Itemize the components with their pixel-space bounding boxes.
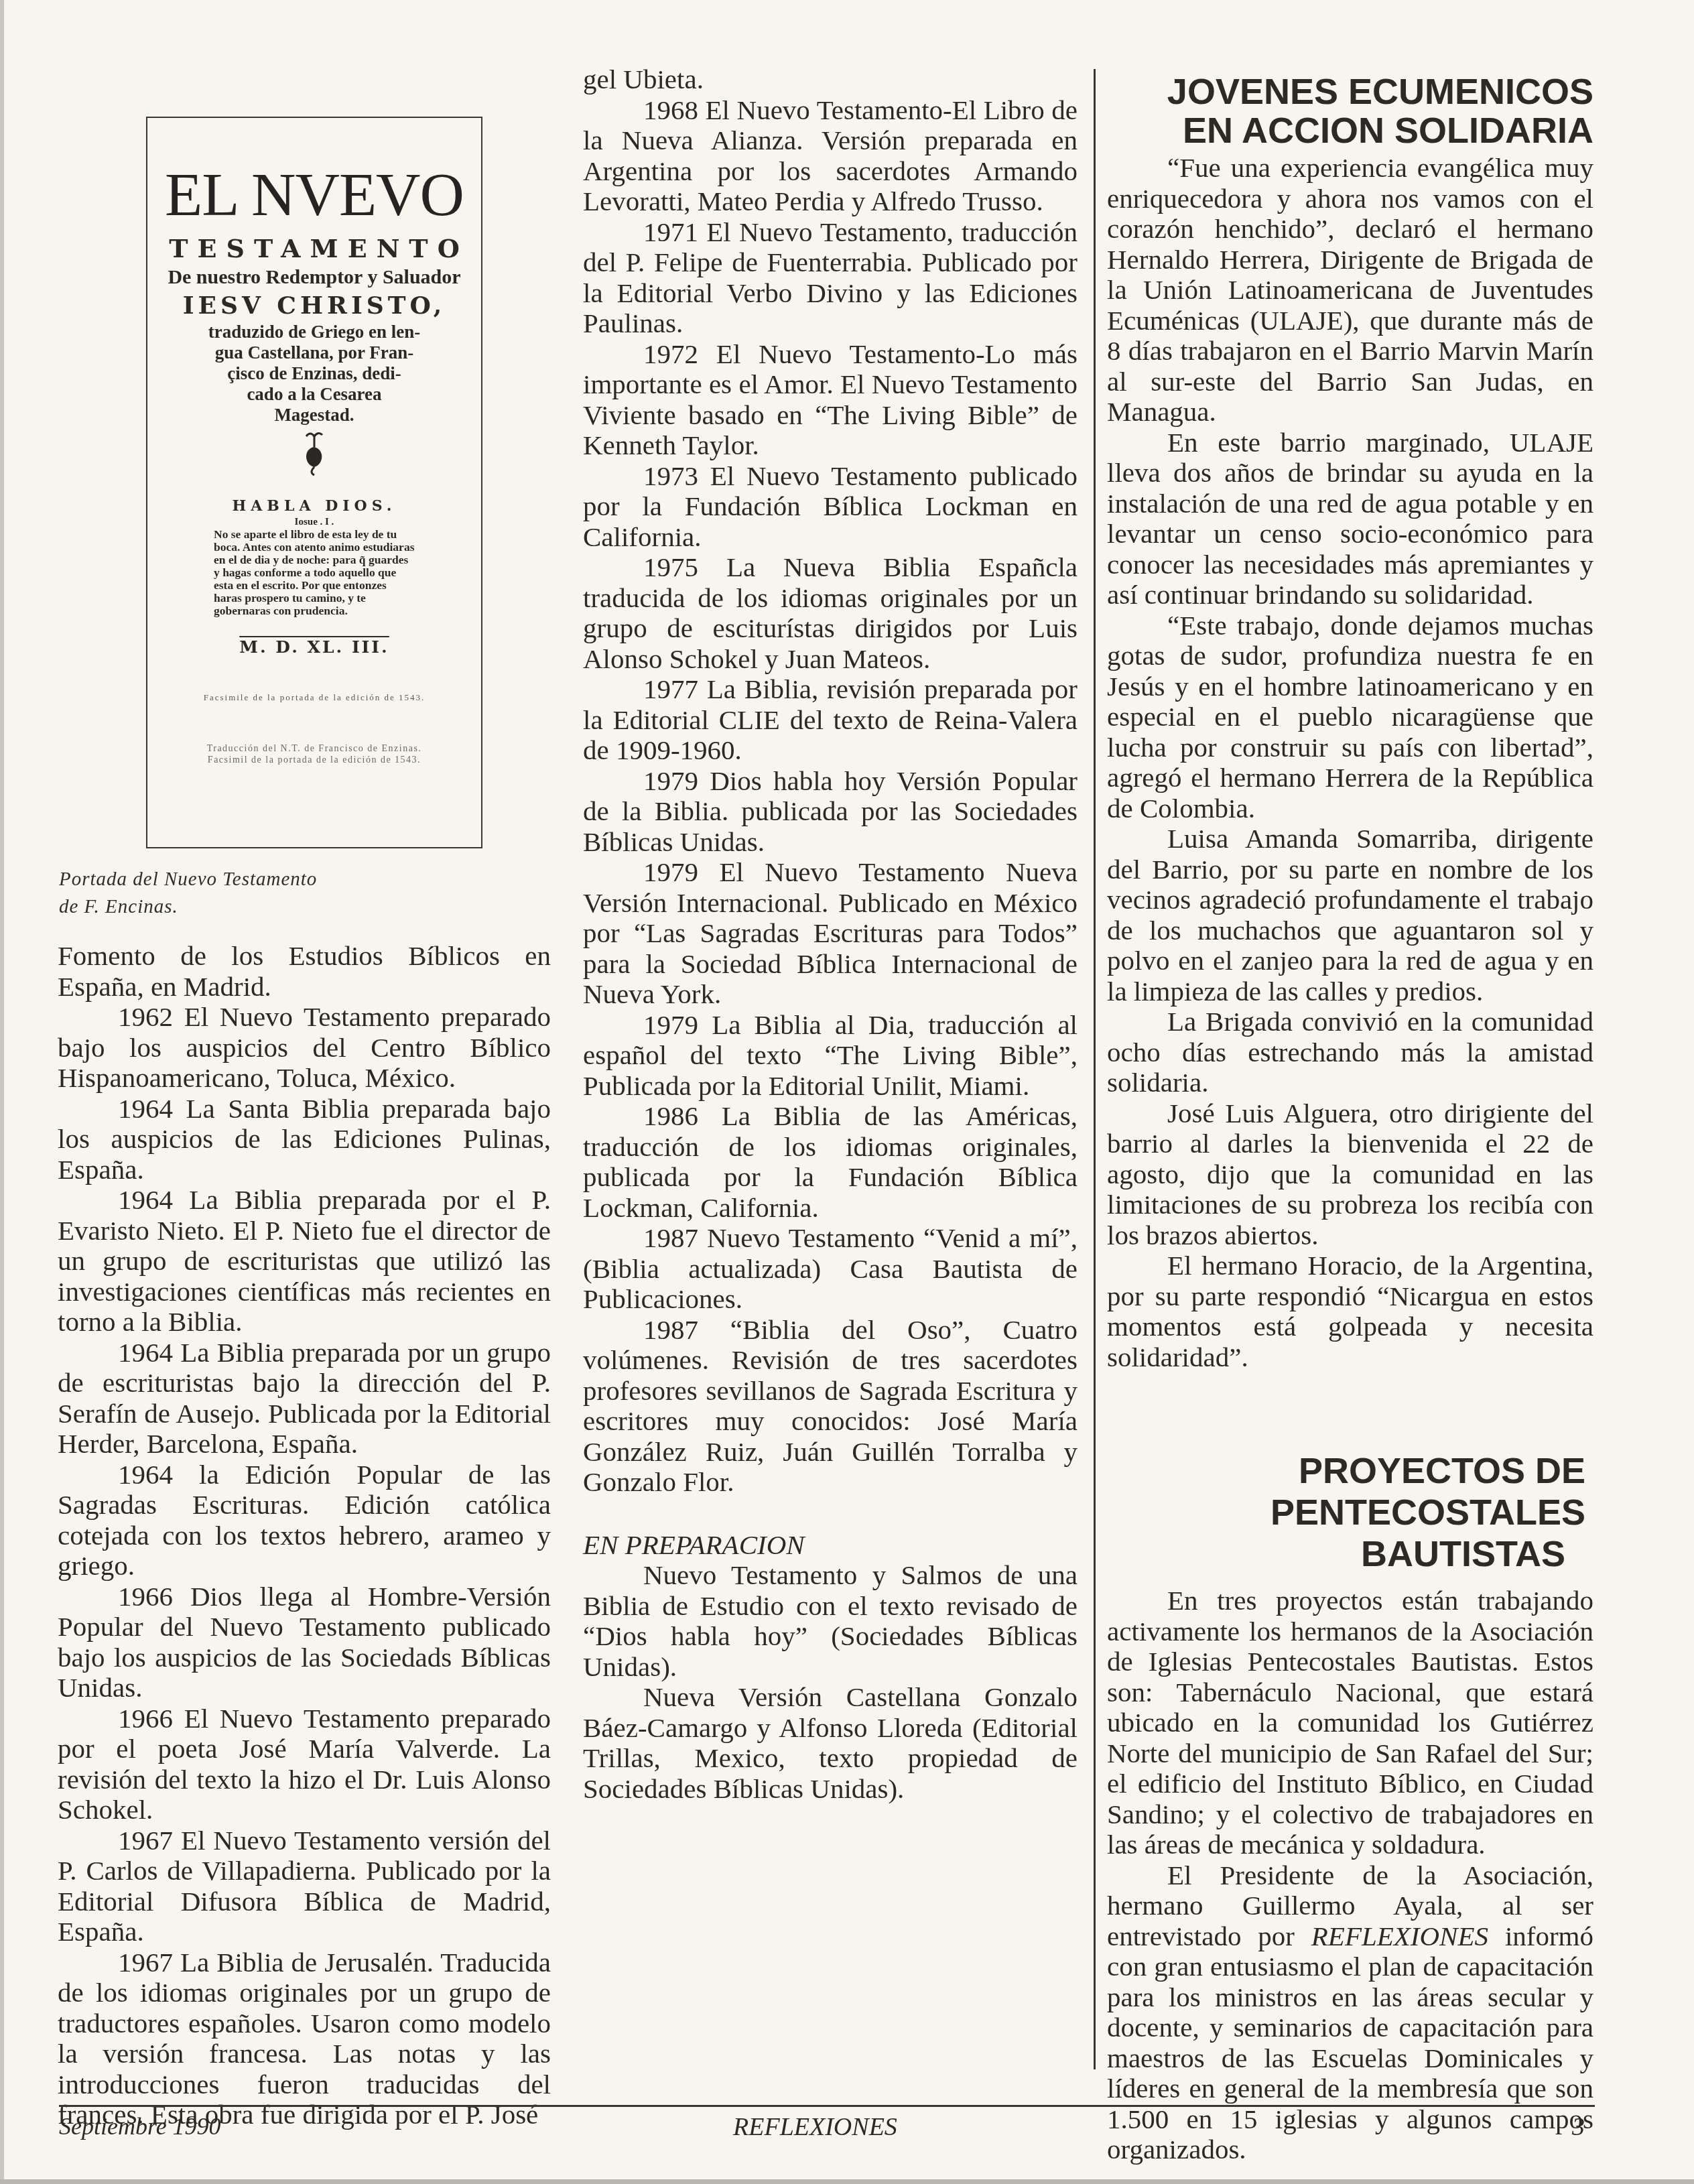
- paragraph: En tres proyectos están trabajando activ…: [1107, 1586, 1593, 1860]
- facsimile-text: HABLA DIOS.: [147, 496, 481, 516]
- middle-column: gel Ubieta. 1968 El Nuevo Testamento-El …: [583, 64, 1078, 1804]
- paragraph: 1966 Dios llega al Hombre-Versión Popula…: [58, 1582, 551, 1704]
- paragraph: 1979 La Biblia al Dia, traducción al esp…: [583, 1010, 1078, 1102]
- facsimile-text: cado a la Cesarea: [147, 384, 481, 405]
- paragraph: 1979 Dios habla hoy Versión Popular de l…: [583, 766, 1078, 858]
- paragraph: 1964 La Biblia preparada por el P. Evari…: [58, 1185, 551, 1338]
- headline-line: PROYECTOS DE: [1107, 1450, 1585, 1492]
- facsimile-text: IESV CHRISTO,: [147, 290, 481, 322]
- headline-line: JOVENES ECUMENICOS: [1107, 72, 1593, 111]
- left-column: Fomento de los Estudios Bíblicos en Espa…: [58, 941, 551, 2130]
- caption-line: de F. Encinas.: [59, 893, 434, 921]
- paragraph: 1968 El Nuevo Testamento-El Libro de la …: [583, 95, 1078, 217]
- paragraph: Fomento de los Estudios Bíblicos en Espa…: [58, 941, 551, 1002]
- facsimile-note: Traducción del N.T. de Francisco de Enzi…: [147, 743, 481, 755]
- paragraph: 1975 La Nueva Biblia Españcla traducida …: [583, 552, 1078, 674]
- paragraph: 1972 El Nuevo Testamento-Lo más importan…: [583, 339, 1078, 461]
- page-edge: [0, 2179, 1694, 2184]
- headline-line: EN ACCION SOLIDARIA: [1107, 111, 1593, 150]
- headline-line: BAUTISTAS: [1107, 1533, 1585, 1575]
- paragraph: 1977 La Biblia, revisión preparada por l…: [583, 674, 1078, 766]
- paragraph: 1964 la Edición Popular de las Sagradas …: [58, 1460, 551, 1582]
- section-label: EN PREPARACION: [583, 1530, 1078, 1561]
- paragraph: Nueva Versión Castellana Gonzalo Báez-Ca…: [583, 1682, 1078, 1804]
- paragraph: 1962 El Nuevo Testamento preparado bajo …: [58, 1002, 551, 1094]
- paragraph: José Luis Alguera, otro dirigiente del b…: [1107, 1098, 1593, 1251]
- paragraph: El Presidente de la Asociación, hermano …: [1107, 1860, 1593, 2165]
- facsimile-text: gua Castellana, por Fran-: [147, 342, 481, 363]
- paragraph: 1979 El Nuevo Testamento Nueva Versión I…: [583, 857, 1078, 1010]
- paragraph: “Fue una experiencia evangélica muy enri…: [1107, 153, 1593, 428]
- caption-line: Portada del Nuevo Testamento: [59, 866, 434, 893]
- paragraph: Luisa Amanda Somarriba, dirigente del Ba…: [1107, 824, 1593, 1007]
- paragraph: gel Ubieta.: [583, 64, 1078, 95]
- article-headline: PROYECTOS DE PENTECOSTALES BAUTISTAS: [1107, 1450, 1593, 1575]
- printer-mark-icon: [147, 430, 481, 489]
- paragraph: Nuevo Testamento y Salmos de una Biblia …: [583, 1560, 1078, 1682]
- footer-date: Septiembre 1990: [59, 2112, 221, 2140]
- facsimile-text: çisco de Enzinas, dedi-: [147, 363, 481, 384]
- paragraph: 1964 La Biblia preparada por un grupo de…: [58, 1338, 551, 1460]
- paragraph: En este barrio marginado, ULAJE lleva do…: [1107, 428, 1593, 611]
- paragraph: 1987 Nuevo Testamento “Venid a mí”, (Bib…: [583, 1223, 1078, 1315]
- footer-publication: REFLEXIONES: [733, 2112, 897, 2142]
- facsimile-text: De nuestro Redemptor y Saluador: [147, 265, 481, 290]
- article-headline: JOVENES ECUMENICOS EN ACCION SOLIDARIA: [1107, 72, 1593, 150]
- paragraph: 1966 El Nuevo Testamento preparado por e…: [58, 1704, 551, 1825]
- facsimile-title: EL NVEVO: [147, 162, 481, 227]
- facsimile-note: Facsimil de la portada de la edición de …: [147, 755, 481, 766]
- facsimile-text: traduzido de Griego en len-: [147, 322, 481, 342]
- facsimile-text: Magestad.: [147, 405, 481, 426]
- footer-rule: [59, 2105, 1595, 2107]
- paragraph: El hermano Horacio, de la Argentina, por…: [1107, 1250, 1593, 1372]
- paragraph: La Brigada convivió en la comunidad ocho…: [1107, 1007, 1593, 1098]
- publication-name: REFLEXIONES: [1311, 1921, 1488, 1951]
- right-column: JOVENES ECUMENICOS EN ACCION SOLIDARIA “…: [1107, 64, 1593, 2165]
- paragraph: 1964 La Santa Biblia preparada bajo los …: [58, 1094, 551, 1185]
- facsimile-verse: No se aparte el libro de esta ley de tu …: [214, 528, 415, 617]
- facsimile-note: Facsimile de la portada de la edición de…: [147, 692, 481, 703]
- image-caption: Portada del Nuevo Testamento de F. Encin…: [59, 866, 434, 921]
- paragraph: 1967 El Nuevo Testamento versión del P. …: [58, 1825, 551, 1947]
- paragraph: 1987 “Biblia del Oso”, Cuatro volúmenes.…: [583, 1315, 1078, 1498]
- paragraph: 1971 El Nuevo Testamento, traducción del…: [583, 217, 1078, 339]
- facsimile-subtitle: TESTAMENTO: [147, 232, 481, 265]
- paragraph: 1967 La Biblia de Jerusalén. Traducida d…: [58, 1947, 551, 2130]
- paragraph: “Este trabajo, donde dejamos muchas gota…: [1107, 611, 1593, 824]
- column-divider: [1094, 69, 1096, 2069]
- paragraph: 1986 La Biblia de las Américas, traducci…: [583, 1101, 1078, 1223]
- text: informó con gran entusiasmo el plan de c…: [1107, 1921, 1593, 2165]
- facsimile-year: M. D. XL. III.: [147, 637, 481, 657]
- page-edge: [0, 0, 4, 2184]
- facsimile-text: Iosue . I .: [147, 516, 481, 528]
- headline-line: PENTECOSTALES: [1107, 1492, 1585, 1533]
- facsimile-title-page-image: EL NVEVO TESTAMENTO De nuestro Redemptor…: [146, 117, 482, 848]
- page-number: 3: [1572, 2112, 1585, 2142]
- paragraph: 1973 El Nuevo Testamento publicado por l…: [583, 461, 1078, 553]
